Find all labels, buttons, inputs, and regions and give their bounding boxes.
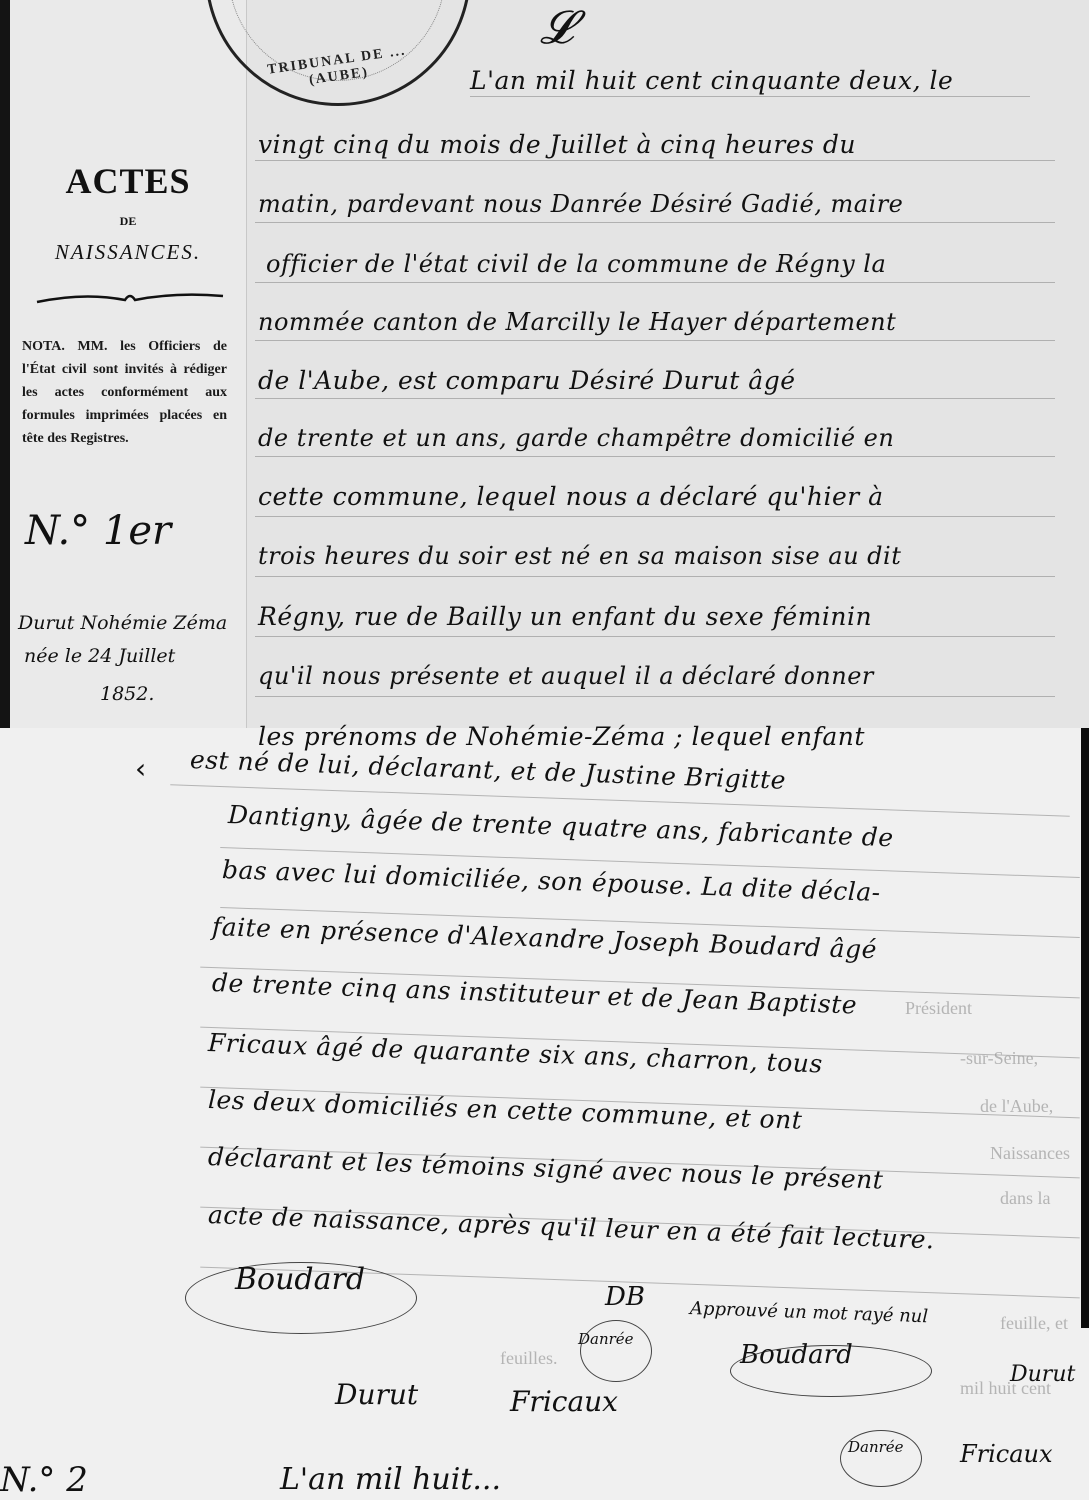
ghost-print-text: feuille, et: [1000, 1313, 1068, 1334]
body-line-10: Régny, rue de Bailly un enfant du sexe f…: [258, 602, 872, 631]
signature-fricaux: Fricaux: [510, 1385, 618, 1418]
body-line-8: cette commune, lequel nous a déclaré qu'…: [258, 482, 884, 511]
ghost-print-text: feuilles.: [500, 1348, 557, 1369]
signature-boudard-2: Boudard: [740, 1340, 853, 1370]
page-edge-shadow: [0, 0, 10, 728]
signature-fricaux-2: Fricaux: [960, 1440, 1053, 1468]
body-line-2: vingt cinq du mois de Juillet à cinq heu…: [258, 130, 856, 159]
ruled-line: [255, 398, 1055, 399]
body-line-11: qu'il nous présente et auquel il a décla…: [258, 662, 874, 690]
signature-danree-2: Danrée: [848, 1438, 904, 1456]
signature-durut: Durut: [335, 1378, 418, 1411]
entry-number: N.° 1er: [25, 508, 171, 554]
ruled-line: [255, 282, 1055, 283]
body-line-3: matin, pardevant nous Danrée Désiré Gadi…: [258, 190, 903, 218]
printed-de: DE: [10, 214, 246, 229]
printed-nota: NOTA. MM. les Officiers de l'État civil …: [22, 335, 227, 450]
page-edge-shadow: [1081, 728, 1089, 1328]
ruled-line: [470, 96, 1030, 97]
initials-mark: DB: [605, 1282, 645, 1312]
next-entry-start: L'an mil huit...: [280, 1462, 501, 1497]
line-marker-icon: ‹: [135, 752, 146, 785]
printed-title: ACTES: [10, 160, 246, 202]
ruled-line: [255, 576, 1055, 577]
ghost-print-text: dans la: [1000, 1188, 1050, 1209]
body-line-9: trois heures du soir est né en sa maison…: [258, 542, 901, 570]
ruled-line: [255, 340, 1055, 341]
signature-danree: Danrée: [578, 1330, 634, 1348]
body-line-5: nommée canton de Marcilly le Hayer dépar…: [258, 308, 896, 336]
scan-page-upper: TRIBUNAL DE ... (AUBE) ACTES DE NAISSANC…: [0, 0, 1089, 728]
ghost-print-text: -sur-Seine,: [960, 1048, 1038, 1069]
margin-note-name: Durut Nohémie Zéma: [18, 612, 227, 634]
signature-boudard: Boudard: [235, 1262, 365, 1297]
body-line-4: officier de l'état civil de la commune d…: [266, 250, 886, 278]
ruled-line: [255, 696, 1055, 697]
ruled-line: [255, 636, 1055, 637]
signature-durut-2: Durut: [1010, 1362, 1075, 1387]
printed-subtitle: NAISSANCES.: [10, 240, 246, 265]
ruled-line: [255, 456, 1055, 457]
decorative-initial-L: 𝓛: [540, 0, 573, 56]
margin-note-year: 1852.: [100, 683, 154, 705]
ruled-line: [255, 516, 1055, 517]
body-line-12: les prénoms de Nohémie-Zéma ; lequel enf…: [258, 722, 865, 751]
body-line-1: L'an mil huit cent cinquante deux, le: [470, 66, 953, 95]
ghost-print-text: Naissances: [990, 1143, 1070, 1164]
body-line-6: de l'Aube, est comparu Désiré Durut âgé: [258, 366, 796, 395]
ghost-print-text: Président: [905, 998, 972, 1019]
flourish-divider-icon: [35, 288, 225, 308]
ruled-line: [255, 222, 1055, 223]
margin-note-born: née le 24 Juillet: [24, 645, 175, 667]
ruled-line: [255, 160, 1055, 161]
next-entry-number: N.° 2: [0, 1460, 88, 1500]
body-line-7: de trente et un ans, garde champêtre dom…: [258, 424, 894, 452]
